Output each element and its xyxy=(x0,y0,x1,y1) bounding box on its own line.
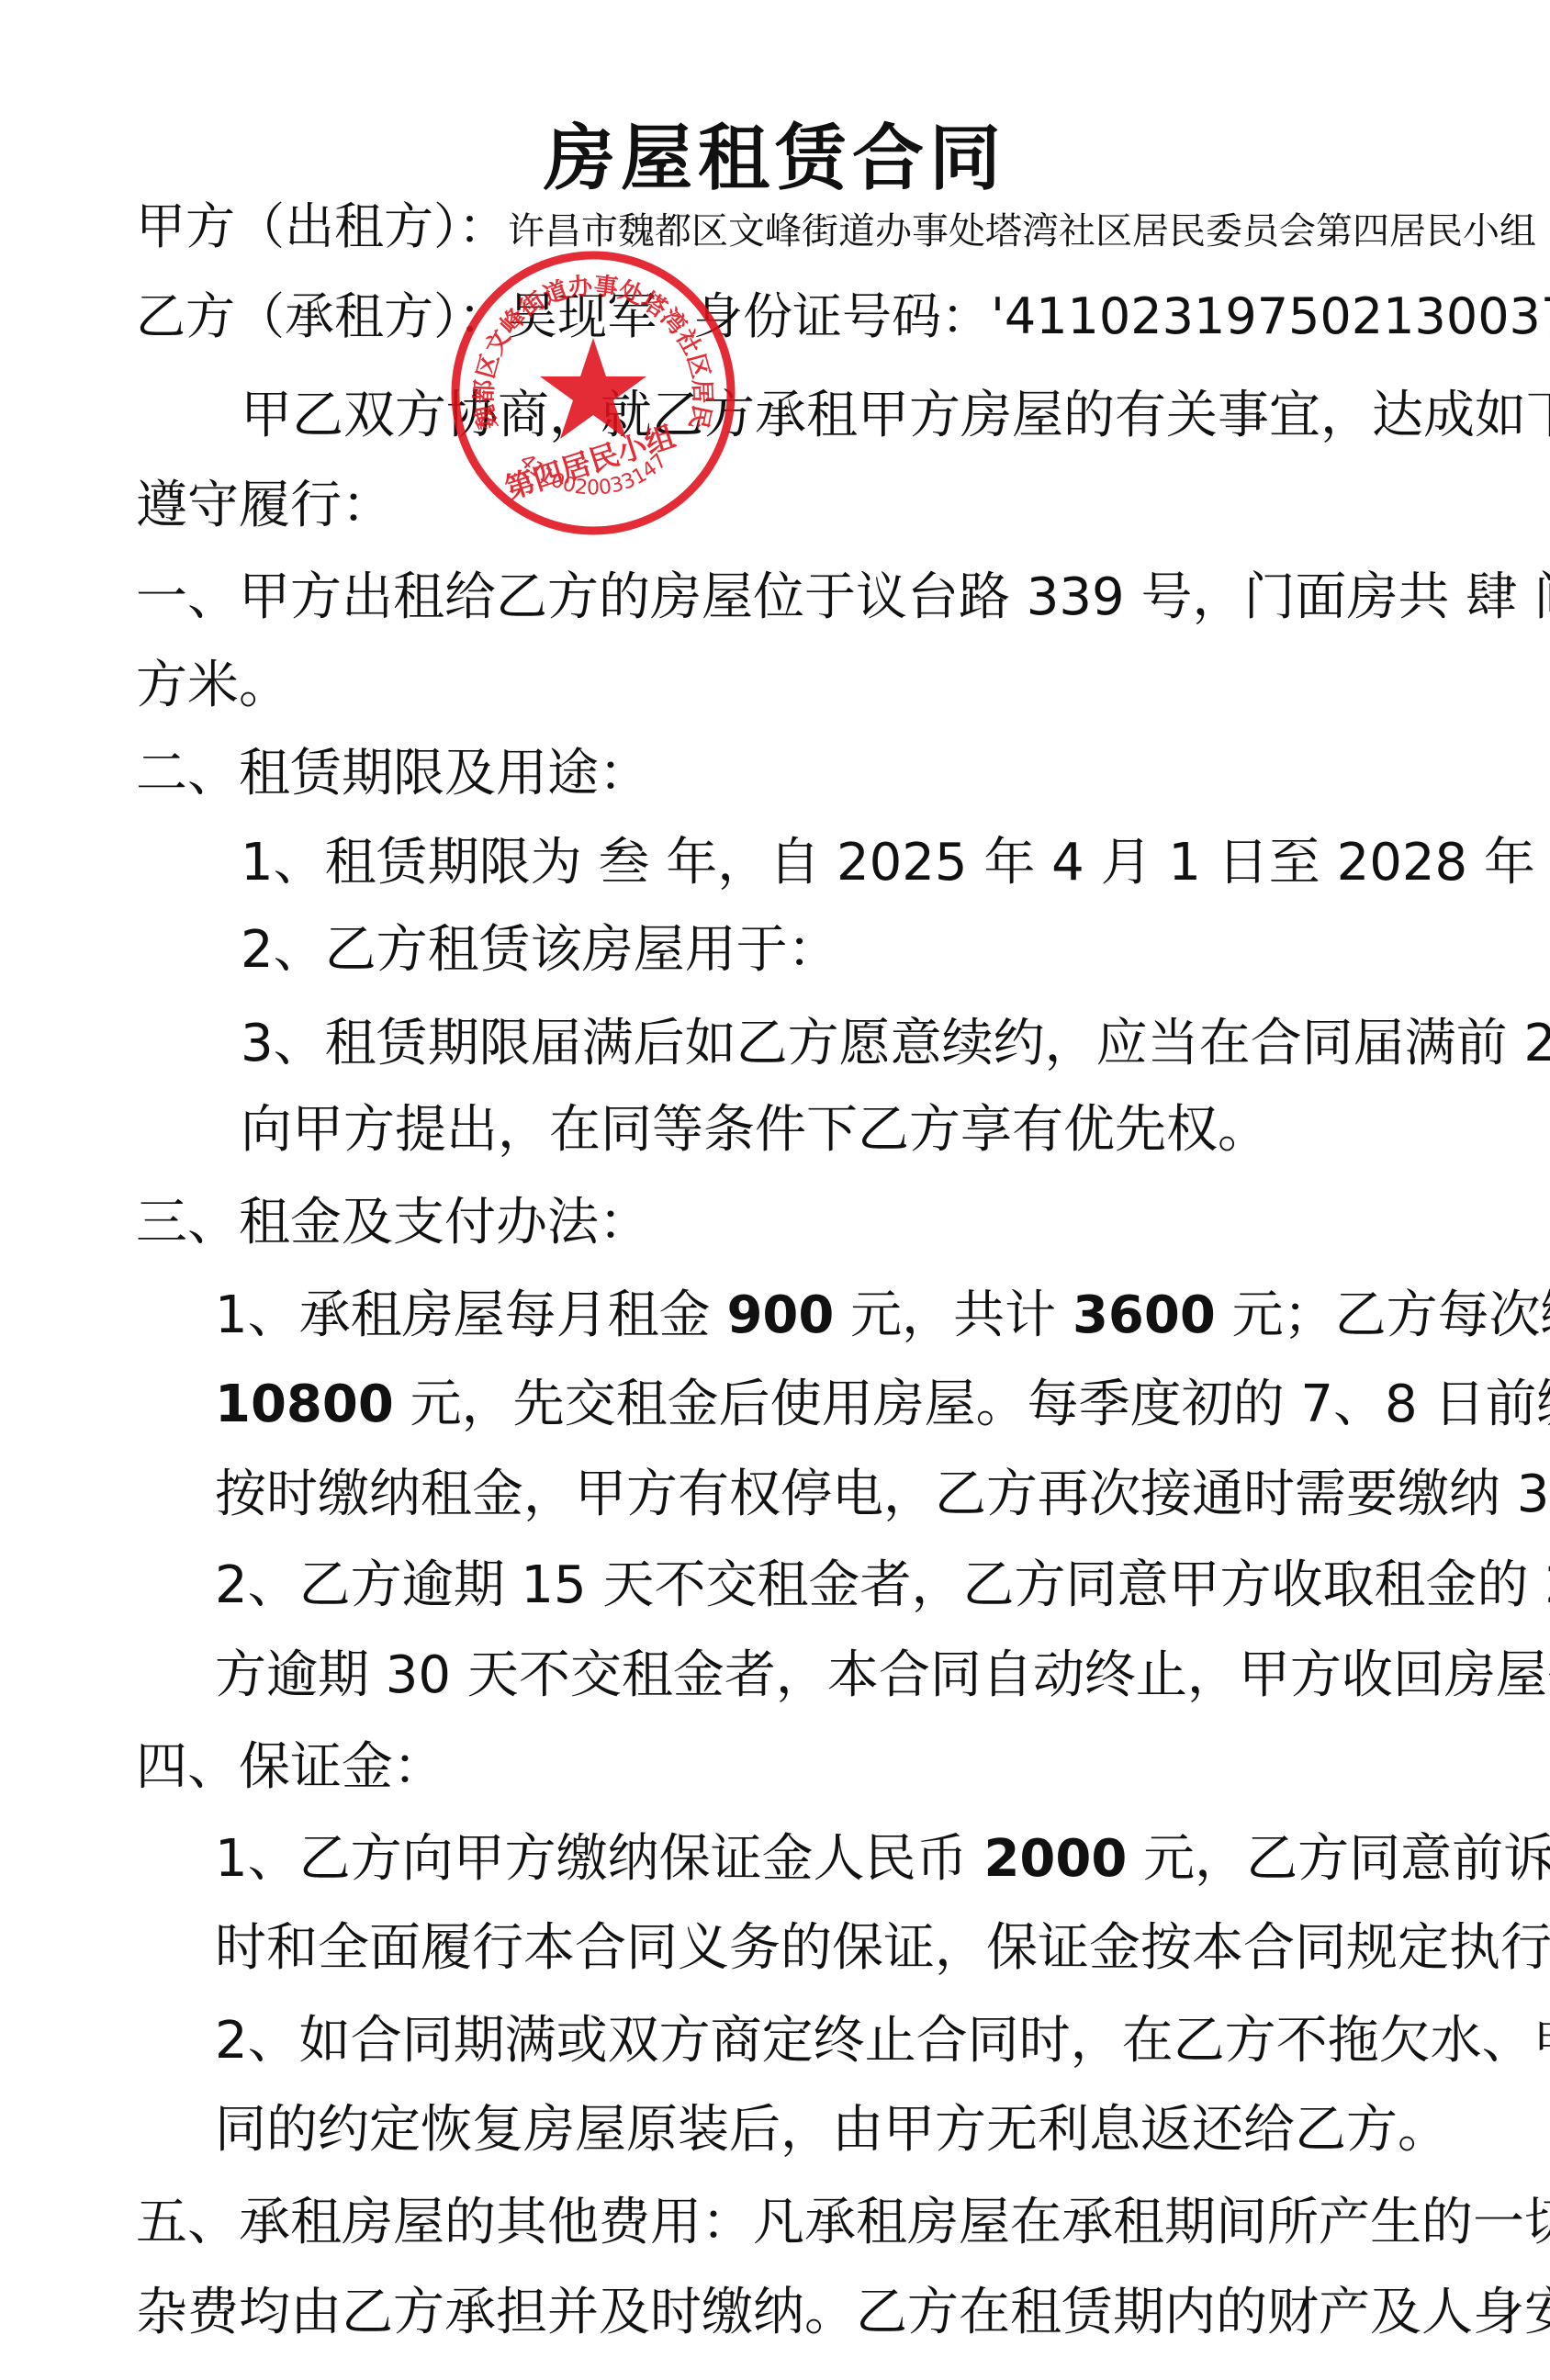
text: 元，共计 xyxy=(834,1285,1073,1345)
section1-line-1: 一、甲方出租给乙方的房屋位于议台路 339 号，门面房共 肆 间。面积约 100… xyxy=(136,566,1550,630)
document-title: 房屋租赁合同 xyxy=(0,101,1550,204)
quarterly-rent: 10800 xyxy=(215,1375,394,1434)
text: 1、承租房屋每月租金 xyxy=(215,1285,726,1345)
text: 1、乙方向甲方缴纳保证金人民币 xyxy=(215,1829,983,1889)
section2-heading: 二、租赁期限及用途： xyxy=(136,742,650,806)
text: 元，乙方同意前诉保证金作为乙方按 xyxy=(1127,1829,1550,1889)
section3-heading: 三、租金及支付办法： xyxy=(136,1191,650,1255)
section2-item3-line2: 向甲方提出，在同等条件下乙方享有优先权。 xyxy=(241,1098,1269,1162)
party-b-id-number: '411023197502130037 xyxy=(991,287,1550,345)
intro-line-2: 遵守履行： xyxy=(136,474,393,538)
party-b-line: 乙方（承租方）：吴现军身份证号码：'411023197502130037 xyxy=(136,285,1550,349)
section4-item1-line1: 1、乙方向甲方缴纳保证金人民币 2000 元，乙方同意前诉保证金作为乙方按 xyxy=(215,1827,1550,1892)
text: 元，先交租金后使用房屋。每季度初的 7、8 日前缴纳租金；乙方如不 xyxy=(394,1375,1550,1434)
section4-item2-line1: 2、如合同期满或双方商定终止合同时，在乙方不拖欠水、电等费用并按照合 xyxy=(215,2009,1550,2073)
total-rent: 3600 xyxy=(1073,1285,1216,1345)
section3-item1-line2: 10800 元，先交租金后使用房屋。每季度初的 7、8 日前缴纳租金；乙方如不 xyxy=(215,1373,1550,1437)
section3-item1-line3: 按时缴纳租金，甲方有权停电，乙方再次接通时需要缴纳 300 元误工费。 xyxy=(215,1463,1550,1527)
section2-item1: 1、租赁期限为 叁 年，自 2025 年 4 月 1 日至 2028 年 3 月… xyxy=(241,831,1550,895)
section5-line2: 杂费均由乙方承担并及时缴纳。乙方在租赁期内的财产及人身安全由乙方自行负责， xyxy=(136,2281,1550,2345)
monthly-rent: 900 xyxy=(726,1285,834,1345)
section4-item1-line2: 时和全面履行本合同义务的保证，保证金按本合同规定执行； xyxy=(215,1916,1550,1981)
section2-item3-line1: 3、租赁期限届满后如乙方愿意续约，应当在合同届满前 2 个月，书面形式 xyxy=(241,1012,1550,1076)
official-seal-icon: 许昌市魏都区文峰街道办事处塔湾社区居民委员会 第四居民小组 4110020033… xyxy=(446,246,740,540)
party-a-line: 甲方（出租方）：许昌市魏都区文峰街道办事处塔湾社区居民委员会第四居民小组 xyxy=(136,195,1536,264)
section2-item2: 2、乙方租赁该房屋用于： xyxy=(241,918,839,982)
section3-item2-line2: 方逾期 30 天不交租金者，本合同自动终止，甲方收回房屋使用权。 xyxy=(215,1644,1550,1708)
section3-item2-line1: 2、乙方逾期 15 天不交租金者，乙方同意甲方收取租金的 20%为滞纳金，乙 xyxy=(215,1554,1550,1618)
section4-item2-line2: 同的约定恢复房屋原装后，由甲方无利息返还给乙方。 xyxy=(215,2098,1449,2162)
intro-line-1: 甲乙双方协商，就乙方承租甲方房屋的有关事宜，达成如下条款，以资共同 xyxy=(241,384,1550,448)
section1-line-2: 方米。 xyxy=(136,654,290,718)
text: 元；乙方每次缴纳一季度的租金 xyxy=(1216,1285,1550,1345)
section5-line1: 五、承租房屋的其他费用：凡承租房屋在承租期间所产生的一切费用及其他 xyxy=(136,2191,1550,2255)
deposit-amount: 2000 xyxy=(983,1829,1127,1889)
section3-item1-line1: 1、承租房屋每月租金 900 元，共计 3600 元；乙方每次缴纳一季度的租金 xyxy=(215,1284,1550,1348)
section4-heading: 四、保证金： xyxy=(136,1735,444,1800)
